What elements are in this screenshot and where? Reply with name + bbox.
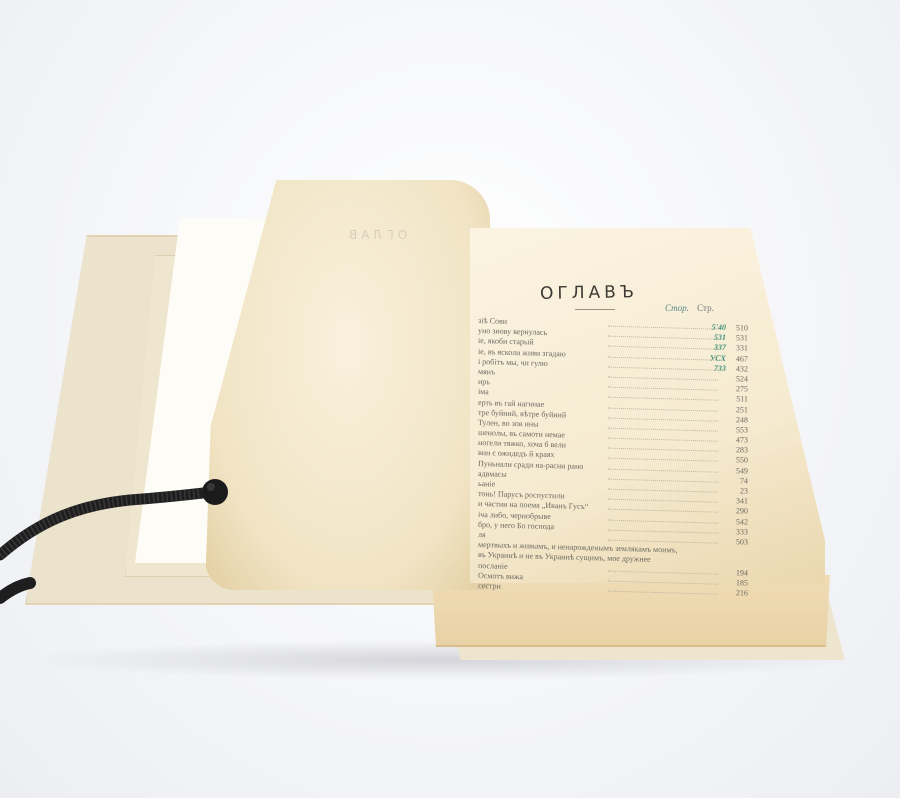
- toc-entry-title: сестри: [478, 581, 501, 592]
- toc-list: зіѣ Сови5'40510уно знову вернулась531531…: [478, 316, 748, 591]
- leader-dots: [608, 503, 718, 513]
- toc-entry-page: 542: [736, 517, 748, 527]
- toc-entry-page: 23: [740, 486, 748, 496]
- toc-entry-page: 503: [736, 537, 748, 547]
- toc-entry-page: 341: [736, 496, 748, 506]
- toc-entry-page: 473: [736, 435, 748, 445]
- toc-entry-page: 331: [736, 344, 748, 354]
- toc-entry-title: іе, якоби старый: [478, 336, 534, 348]
- toc-entry-page: 432: [736, 364, 748, 374]
- toc-entry-page: 248: [736, 415, 748, 425]
- toc-title: ОГЛАВЪ: [540, 282, 638, 304]
- leader-dots: [608, 493, 718, 503]
- toc-entry-page: 333: [736, 527, 748, 537]
- left-page-ghost-text: ОГЛАВ: [345, 228, 407, 242]
- leader-dots: [608, 330, 718, 340]
- toc-entry-title: іма: [478, 387, 489, 397]
- leader-dots: [608, 452, 718, 462]
- toc-entry-page: 185: [736, 578, 748, 588]
- toc-entry-page: 74: [740, 476, 748, 486]
- toc-entry-title: ьаніе: [478, 479, 496, 489]
- toc-entry-page: 275: [736, 384, 748, 394]
- toc-entry-page: 251: [736, 405, 748, 415]
- toc-entry-page: 510: [736, 323, 748, 333]
- toc-entry-page: 549: [736, 466, 748, 476]
- toc-entry-title: посланіе: [478, 561, 508, 572]
- printed-header: Стр.: [697, 303, 714, 313]
- toc-entry-title: ля: [478, 530, 486, 540]
- toc-entry-title: адвмасы: [478, 469, 507, 480]
- leader-dots: [608, 442, 718, 452]
- toc-entry-page: 283: [736, 445, 748, 455]
- toc-entry-title: ирь: [478, 377, 490, 387]
- toc-entry-handwritten-page: 337: [714, 343, 726, 353]
- toc-entry-handwritten-page: 5'40: [712, 323, 727, 333]
- toc-entry-page: 524: [736, 374, 748, 384]
- toc-entry-title: мянъ: [478, 367, 495, 377]
- handwritten-header: Стор.: [665, 303, 689, 313]
- toc-entry-page: 511: [736, 395, 748, 405]
- toc-entry-handwritten-page: 733: [714, 363, 726, 373]
- toc-entry-page: 290: [736, 507, 748, 517]
- toc-entry-page: 553: [736, 425, 748, 435]
- toc-entry-page: 216: [736, 588, 748, 598]
- toc-page-header: Стор. Стр.: [665, 303, 714, 313]
- toc-entry-page: 467: [736, 354, 748, 364]
- toc-entry-handwritten-page: 531: [714, 333, 726, 343]
- toc-entry-handwritten-page: УСХ: [710, 353, 726, 363]
- leader-dots: [608, 391, 718, 401]
- toc-entry-page: 550: [736, 456, 748, 466]
- leader-dots: [608, 320, 718, 330]
- toc-entry-page: 194: [736, 568, 748, 578]
- title-rule: [575, 309, 615, 310]
- leader-dots: [608, 340, 718, 350]
- toc-entry-page: 531: [736, 333, 748, 343]
- leader-dots: [608, 381, 718, 391]
